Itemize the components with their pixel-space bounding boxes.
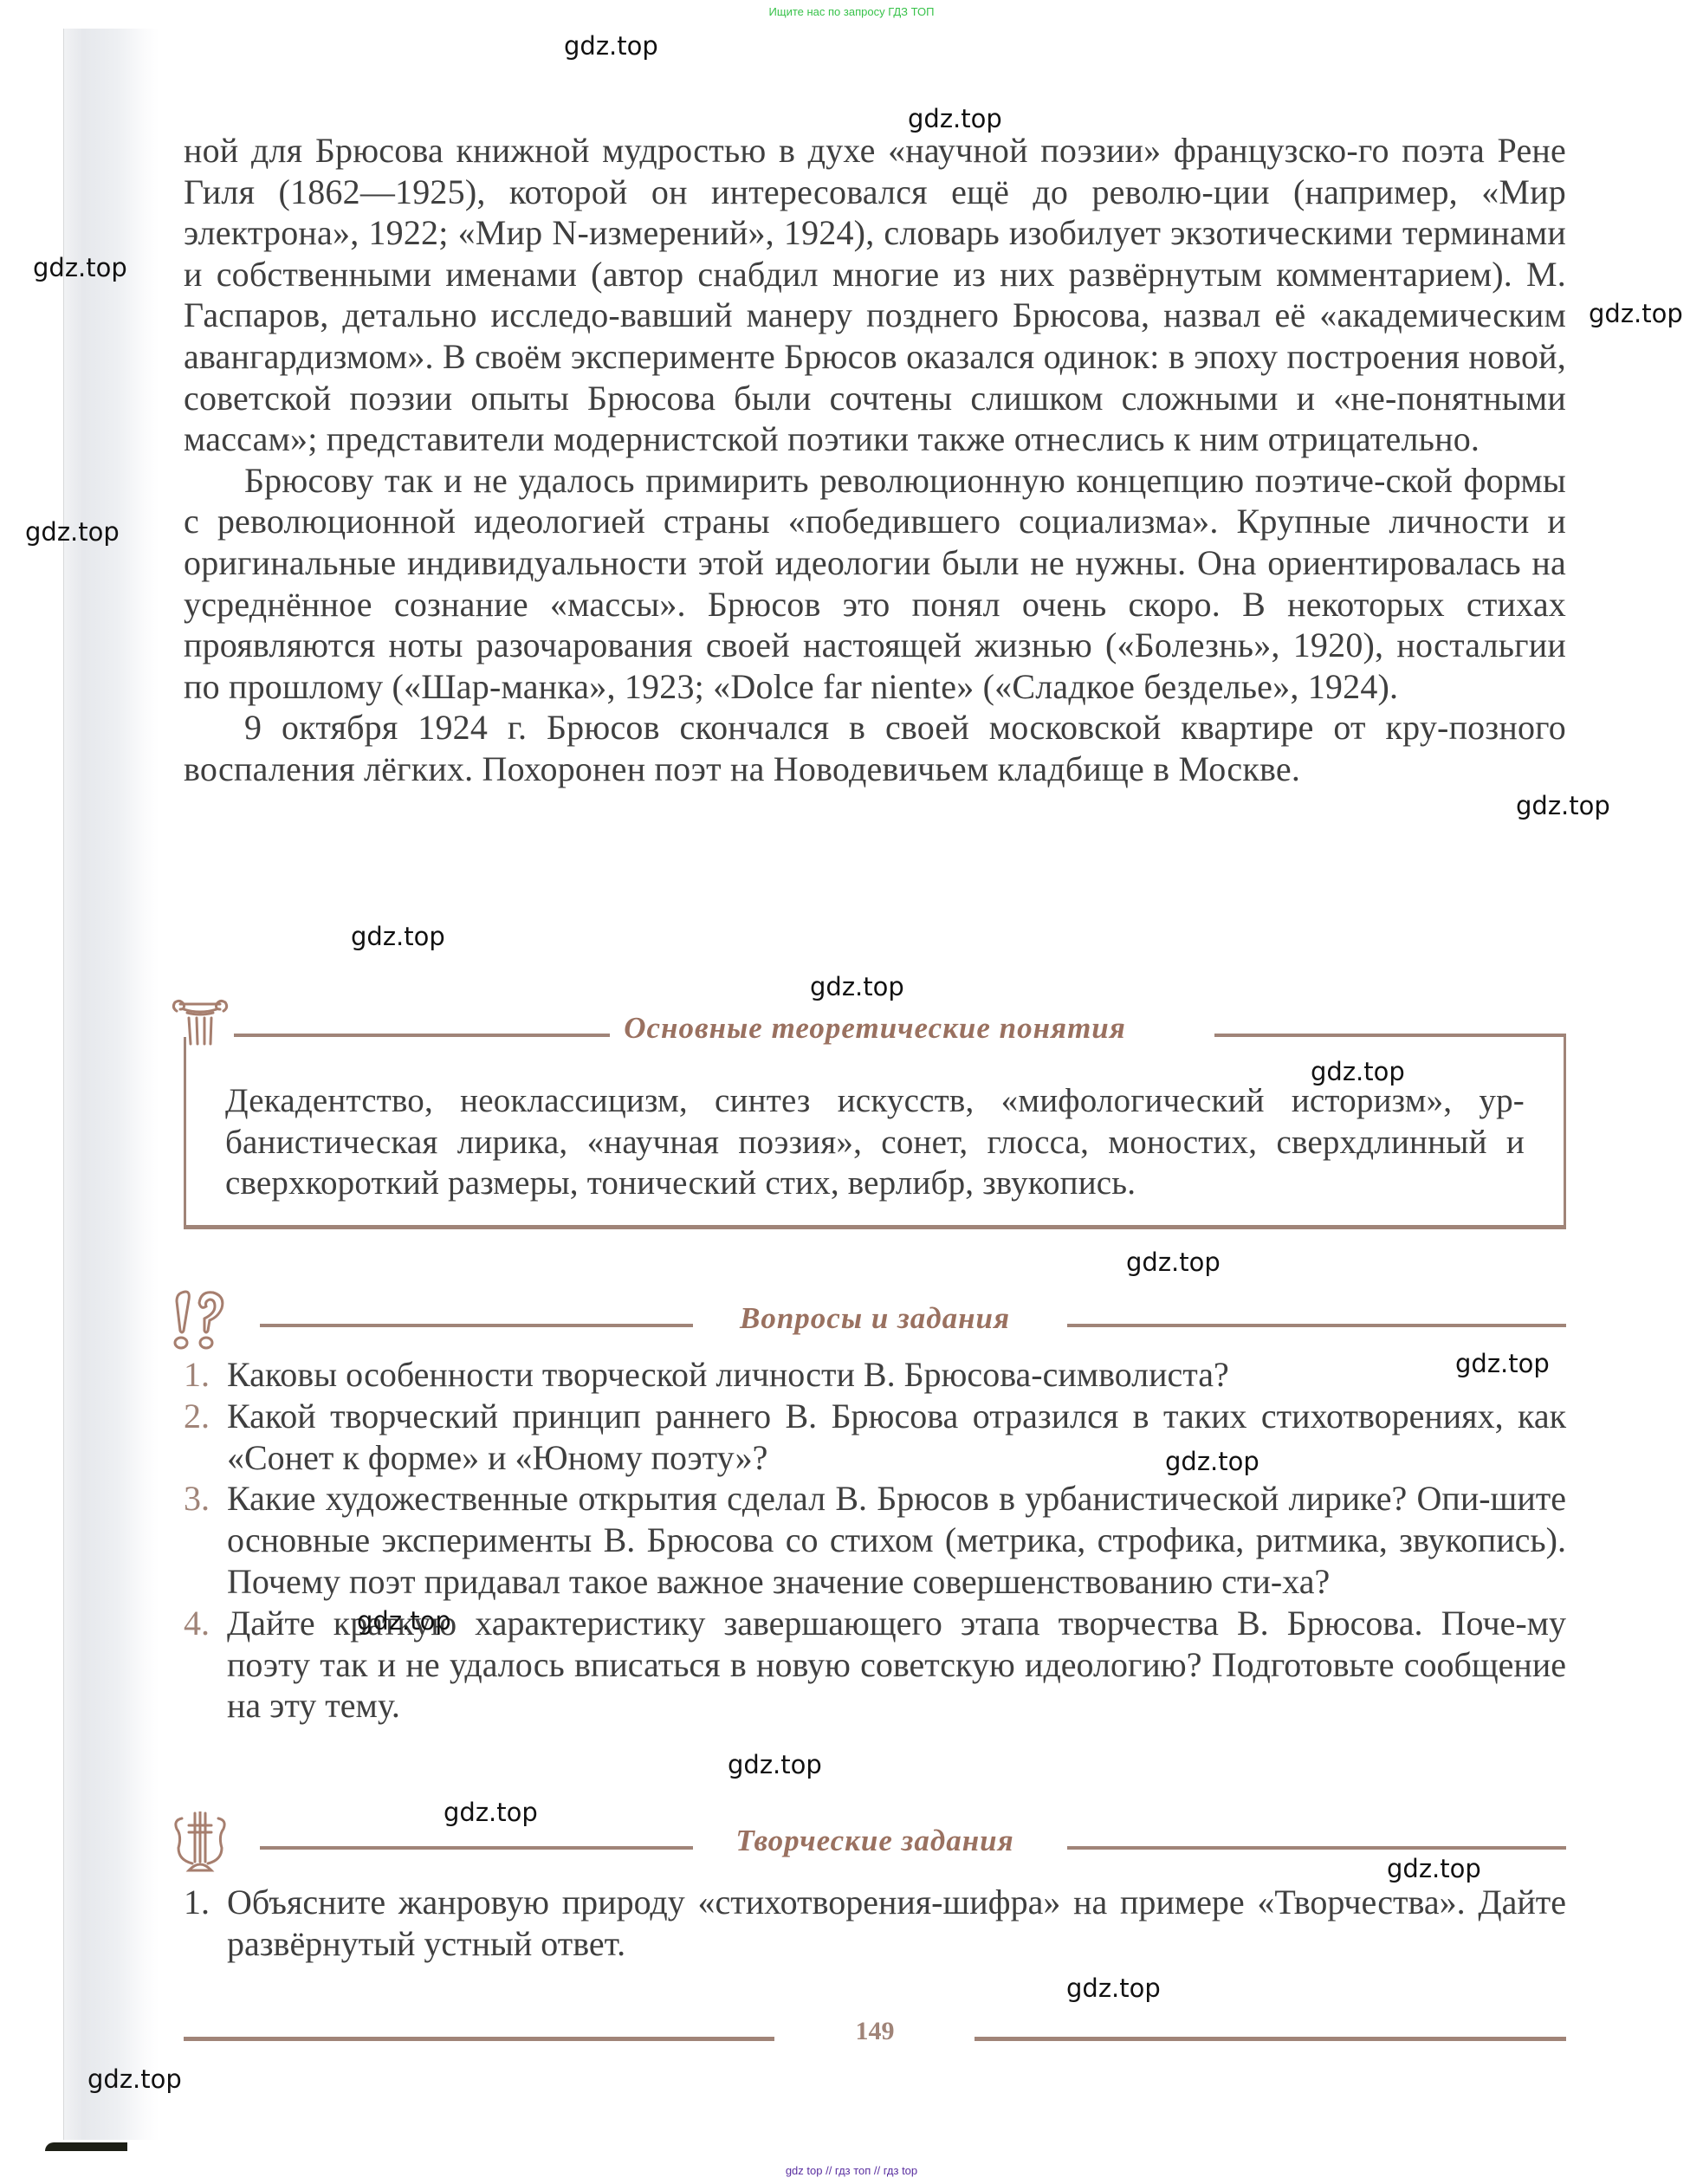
top-banner: Ищите нас по запросу ГДЗ ТОП — [0, 5, 1703, 18]
watermark: gdz.top — [1589, 299, 1683, 328]
watermark: gdz.top — [1066, 1973, 1161, 2003]
creative-title: Творческие задания — [184, 1824, 1566, 1858]
footer-rule-left — [184, 2037, 774, 2041]
paragraph: Брюсову так и не удалось примирить револ… — [184, 460, 1566, 708]
list-item: 2.Какой творческий принцип раннего В. Бр… — [184, 1396, 1566, 1479]
watermark: gdz.top — [564, 31, 658, 61]
watermark: gdz.top — [1387, 1854, 1481, 1883]
page-binding-shadow — [63, 29, 159, 2140]
watermark: gdz.top — [728, 1750, 822, 1779]
watermark: gdz.top — [1311, 1057, 1405, 1086]
questions-title: Вопросы и задания — [184, 1301, 1566, 1336]
watermark: gdz.top — [25, 517, 120, 547]
creative-list: 1.Объясните жанровую природу «стихотворе… — [184, 1882, 1566, 1965]
watermark: gdz.top — [1165, 1447, 1259, 1476]
watermark: gdz.top — [1455, 1349, 1550, 1378]
watermark: gdz.top — [1126, 1248, 1221, 1277]
body-text: ной для Брюсова книжной мудростью в духе… — [184, 130, 1566, 790]
footer-rule-right — [975, 2037, 1566, 2041]
questions-header: Вопросы и задания — [184, 1299, 1566, 1351]
watermark: gdz.top — [908, 104, 1002, 133]
watermark: gdz.top — [87, 2064, 182, 2094]
watermark: gdz.top — [357, 1606, 451, 1636]
questions-list: 1.Каковы особенности творческой личности… — [184, 1354, 1566, 1727]
page-binding-edge — [45, 2142, 127, 2151]
watermark: gdz.top — [810, 972, 904, 1001]
list-item: 1.Объясните жанровую природу «стихотворе… — [184, 1882, 1566, 1965]
watermark: gdz.top — [1516, 791, 1610, 820]
bottom-banner: gdz top // гдз топ // гдз top — [0, 2164, 1703, 2177]
watermark: gdz.top — [33, 253, 127, 282]
list-item: 1.Каковы особенности творческой личности… — [184, 1354, 1566, 1396]
paragraph: ной для Брюсова книжной мудростью в духе… — [184, 130, 1566, 460]
page-number: 149 — [832, 2017, 918, 2046]
watermark: gdz.top — [351, 922, 445, 951]
watermark: gdz.top — [444, 1798, 538, 1827]
list-item: 3.Какие художественные открытия сделал В… — [184, 1478, 1566, 1602]
paragraph: 9 октября 1924 г. Брюсов скончался в сво… — [184, 707, 1566, 789]
creative-header: Творческие задания — [184, 1822, 1566, 1874]
